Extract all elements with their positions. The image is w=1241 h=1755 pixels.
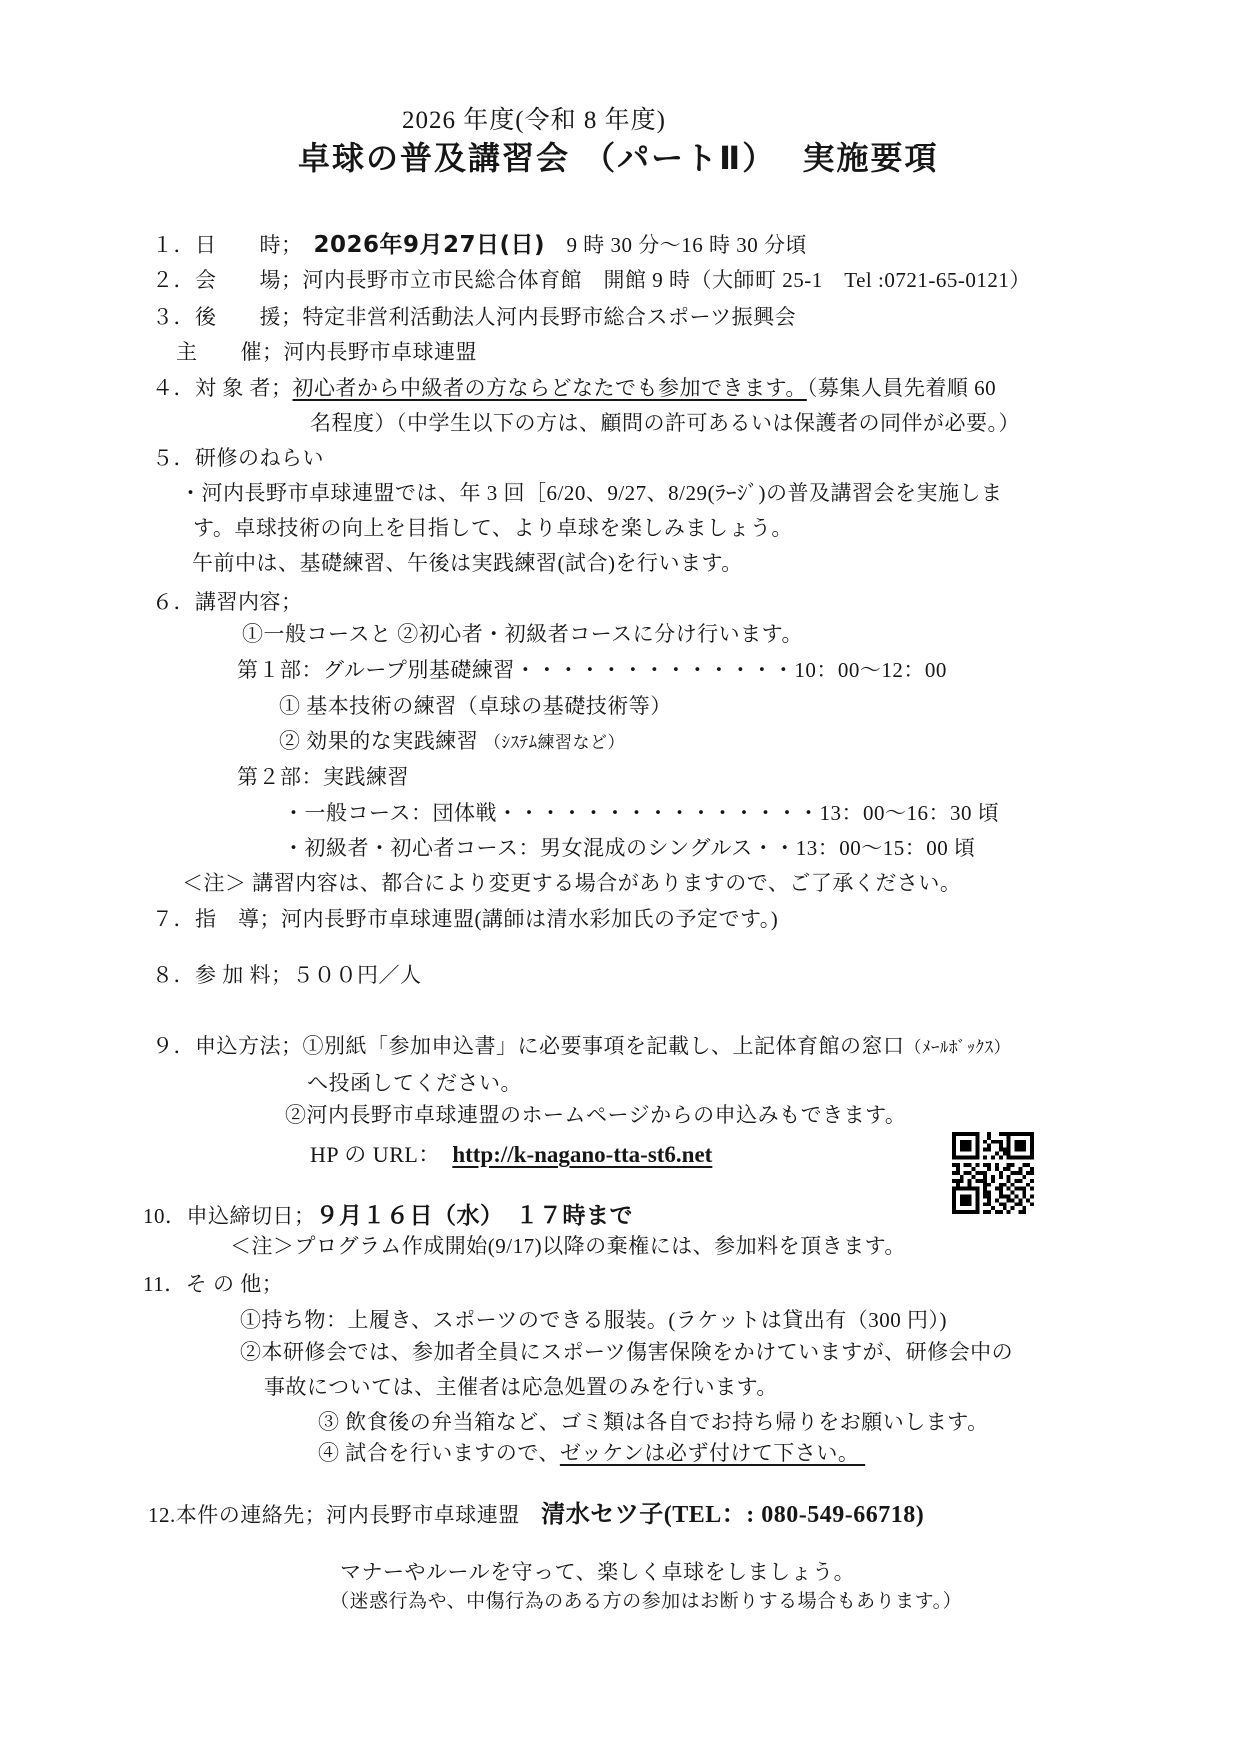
part1-sub2-text: ② 効果的な実践練習 [279,729,484,753]
doc-year-title: 2026 年度(令和 8 年度) [402,100,666,136]
item-11-bib-text: ④ 試合を行いますので、 [318,1441,560,1465]
item-11-bib-underlined: ゼッケンは必ず付けて下さい。 [560,1441,865,1465]
item-12-label: 12.本件の連絡先；河内長野市卓球連盟 [148,1503,541,1527]
item-9-text: ９．申込方法；①別紙「参加申込書」に必要事項を記載し、上記体育館の窓口 [152,1034,905,1058]
item-12-contact: 12.本件の連絡先；河内長野市卓球連盟 清水セツ子(TEL：: 080-549-… [148,1500,924,1531]
homepage-url-link[interactable]: http://k-nagano-tta-st6.net [452,1142,712,1167]
item-6-part1: 第１部：グループ別基礎練習・・・・・・・・・・・・・10：00～12：00 [237,657,947,684]
item-1-datetime: １．日 時； 2026年9月27日(日) 9 時 30 分～16 時 30 分頃 [152,231,807,261]
item-12-contact-person: 清水セツ子(TEL：: 080-549-66718) [541,1502,924,1528]
qr-code-icon [952,1132,1034,1214]
item-11-others-heading: 11．そ の 他； [143,1271,283,1298]
item-3-support: ３．後 援；特定非営利活動法人河内長野市総合スポーツ振興会 [152,304,796,331]
item-1-label: １．日 時； [152,233,314,257]
closing-disclaimer: （迷惑行為や、中傷行為のある方の参加はお断りする場合もあります。） [330,1590,962,1615]
item-7-instructor: ７．指 導；河内長野市卓球連盟(講師は清水彩加氏の予定です。) [152,906,778,933]
url-label: HP の URL： [310,1142,452,1167]
item-1-date: 2026年9月27日(日) [314,232,546,258]
item-9-continuation: へ投函してください。 [307,1070,522,1097]
item-4-underlined: 初心者から中級者の方ならどなたでも参加できます。 [293,376,807,400]
item-11-bib: ④ 試合を行いますので、ゼッケンは必ず付けて下さい。 [318,1440,865,1467]
doc-main-title: 卓球の普及講習会 （パートⅡ） 実施要項 [298,133,939,179]
item-11-garbage: ③ 飲食後の弁当箱など、ゴミ類は各自でお持ち帰りをお願いします。 [318,1409,989,1436]
item-4-continuation: 名程度）（中学生以下の方は、顧問の許可あるいは保護者の同伴が必要。） [310,410,1020,437]
item-5-aim-line2: す。卓球技術の向上を目指して、より卓球を楽しみましょう。 [193,515,793,542]
item-10-label: 10．申込締切日； [143,1204,316,1228]
item-10-note: ＜注＞プログラム作成開始(9/17)以降の棄権には、参加料を頂きます。 [230,1233,906,1260]
item-4-eligibility: ４．対 象 者；初心者から中級者の方ならどなたでも参加できます。（募集人員先着順… [152,375,996,402]
item-6-note: ＜注＞ 講習内容は、都合により変更する場合がありますので、ご了承ください。 [182,870,961,897]
item-3-organizer: 主 催；河内長野市卓球連盟 [176,339,477,366]
item-9-application: ９．申込方法；①別紙「参加申込書」に必要事項を記載し、上記体育館の窓口（ﾒｰﾙﾎ… [152,1033,1011,1060]
closing-message: マナーやルールを守って、楽しく卓球をしましょう。 [340,1559,855,1586]
item-10-deadline-date: ９月１６日（水） １７時まで [316,1203,634,1229]
item-5-aim-line1: ・河内長野市卓球連盟では、年 3 回［6/20、9/27、8/29(ﾗｰｼﾞ)の… [180,480,1003,507]
document-page: 2026 年度(令和 8 年度) 卓球の普及講習会 （パートⅡ） 実施要項 １．… [0,0,1241,1755]
item-6-part1-sub2: ② 効果的な実践練習 （ｼｽﾃﾑ練習など） [279,728,625,755]
item-2-venue: ２．会 場；河内長野市立市民総合体育館 開館 9 時（大師町 25-1 Tel … [152,267,1031,294]
item-10-deadline: 10．申込締切日；９月１６日（水） １７時まで [143,1202,633,1232]
item-4-label: ４．対 象 者； [152,376,293,400]
item-6-content-heading: ６．講習内容； [152,589,303,616]
item-9-mailbox-note: （ﾒｰﾙﾎﾞｯｸｽ） [905,1038,1012,1057]
item-11-insurance-continuation: 事故については、主催者は応急処置のみを行います。 [264,1374,778,1401]
item-6-part1-sub1: ① 基本技術の練習（卓球の基礎技術等） [279,693,672,720]
item-9-homepage: ②河内長野市卓球連盟のホームページからの申込みもできます。 [285,1102,906,1129]
item-1-time: 9 時 30 分～16 時 30 分頃 [545,233,807,257]
item-11-insurance: ②本研修会では、参加者全員にスポーツ傷害保険をかけていますが、研修会中の [240,1339,1013,1366]
item-5-aim-heading: ５．研修のねらい [152,445,324,472]
item-6-courses: ①一般コースと ②初心者・初級者コースに分け行います。 [242,621,803,648]
item-8-fee: ８．参 加 料；５００円／人 [152,962,422,989]
item-6-part2-beginner: ・初級者・初心者コース：男女混成のシングルス・・13：00～15：00 頃 [283,835,976,862]
item-6-part2: 第２部：実践練習 [237,764,409,791]
item-4-capacity: （募集人員先着順 60 [807,376,996,400]
item-9-url-line: HP の URL： http://k-nagano-tta-st6.net [310,1140,712,1170]
item-6-part2-general: ・一般コース：団体戦・・・・・・・・・・・・・・・13：00～16：30 頃 [283,800,999,827]
item-5-aim-line3: 午前中は、基礎練習、午後は実践練習(試合)を行います。 [192,550,743,577]
item-11-belongings: ①持ち物：上履き、スポーツのできる服装。(ラケットは貸出有（300 円）) [240,1307,947,1334]
part1-sub2-note: （ｼｽﾃﾑ練習など） [484,733,625,752]
